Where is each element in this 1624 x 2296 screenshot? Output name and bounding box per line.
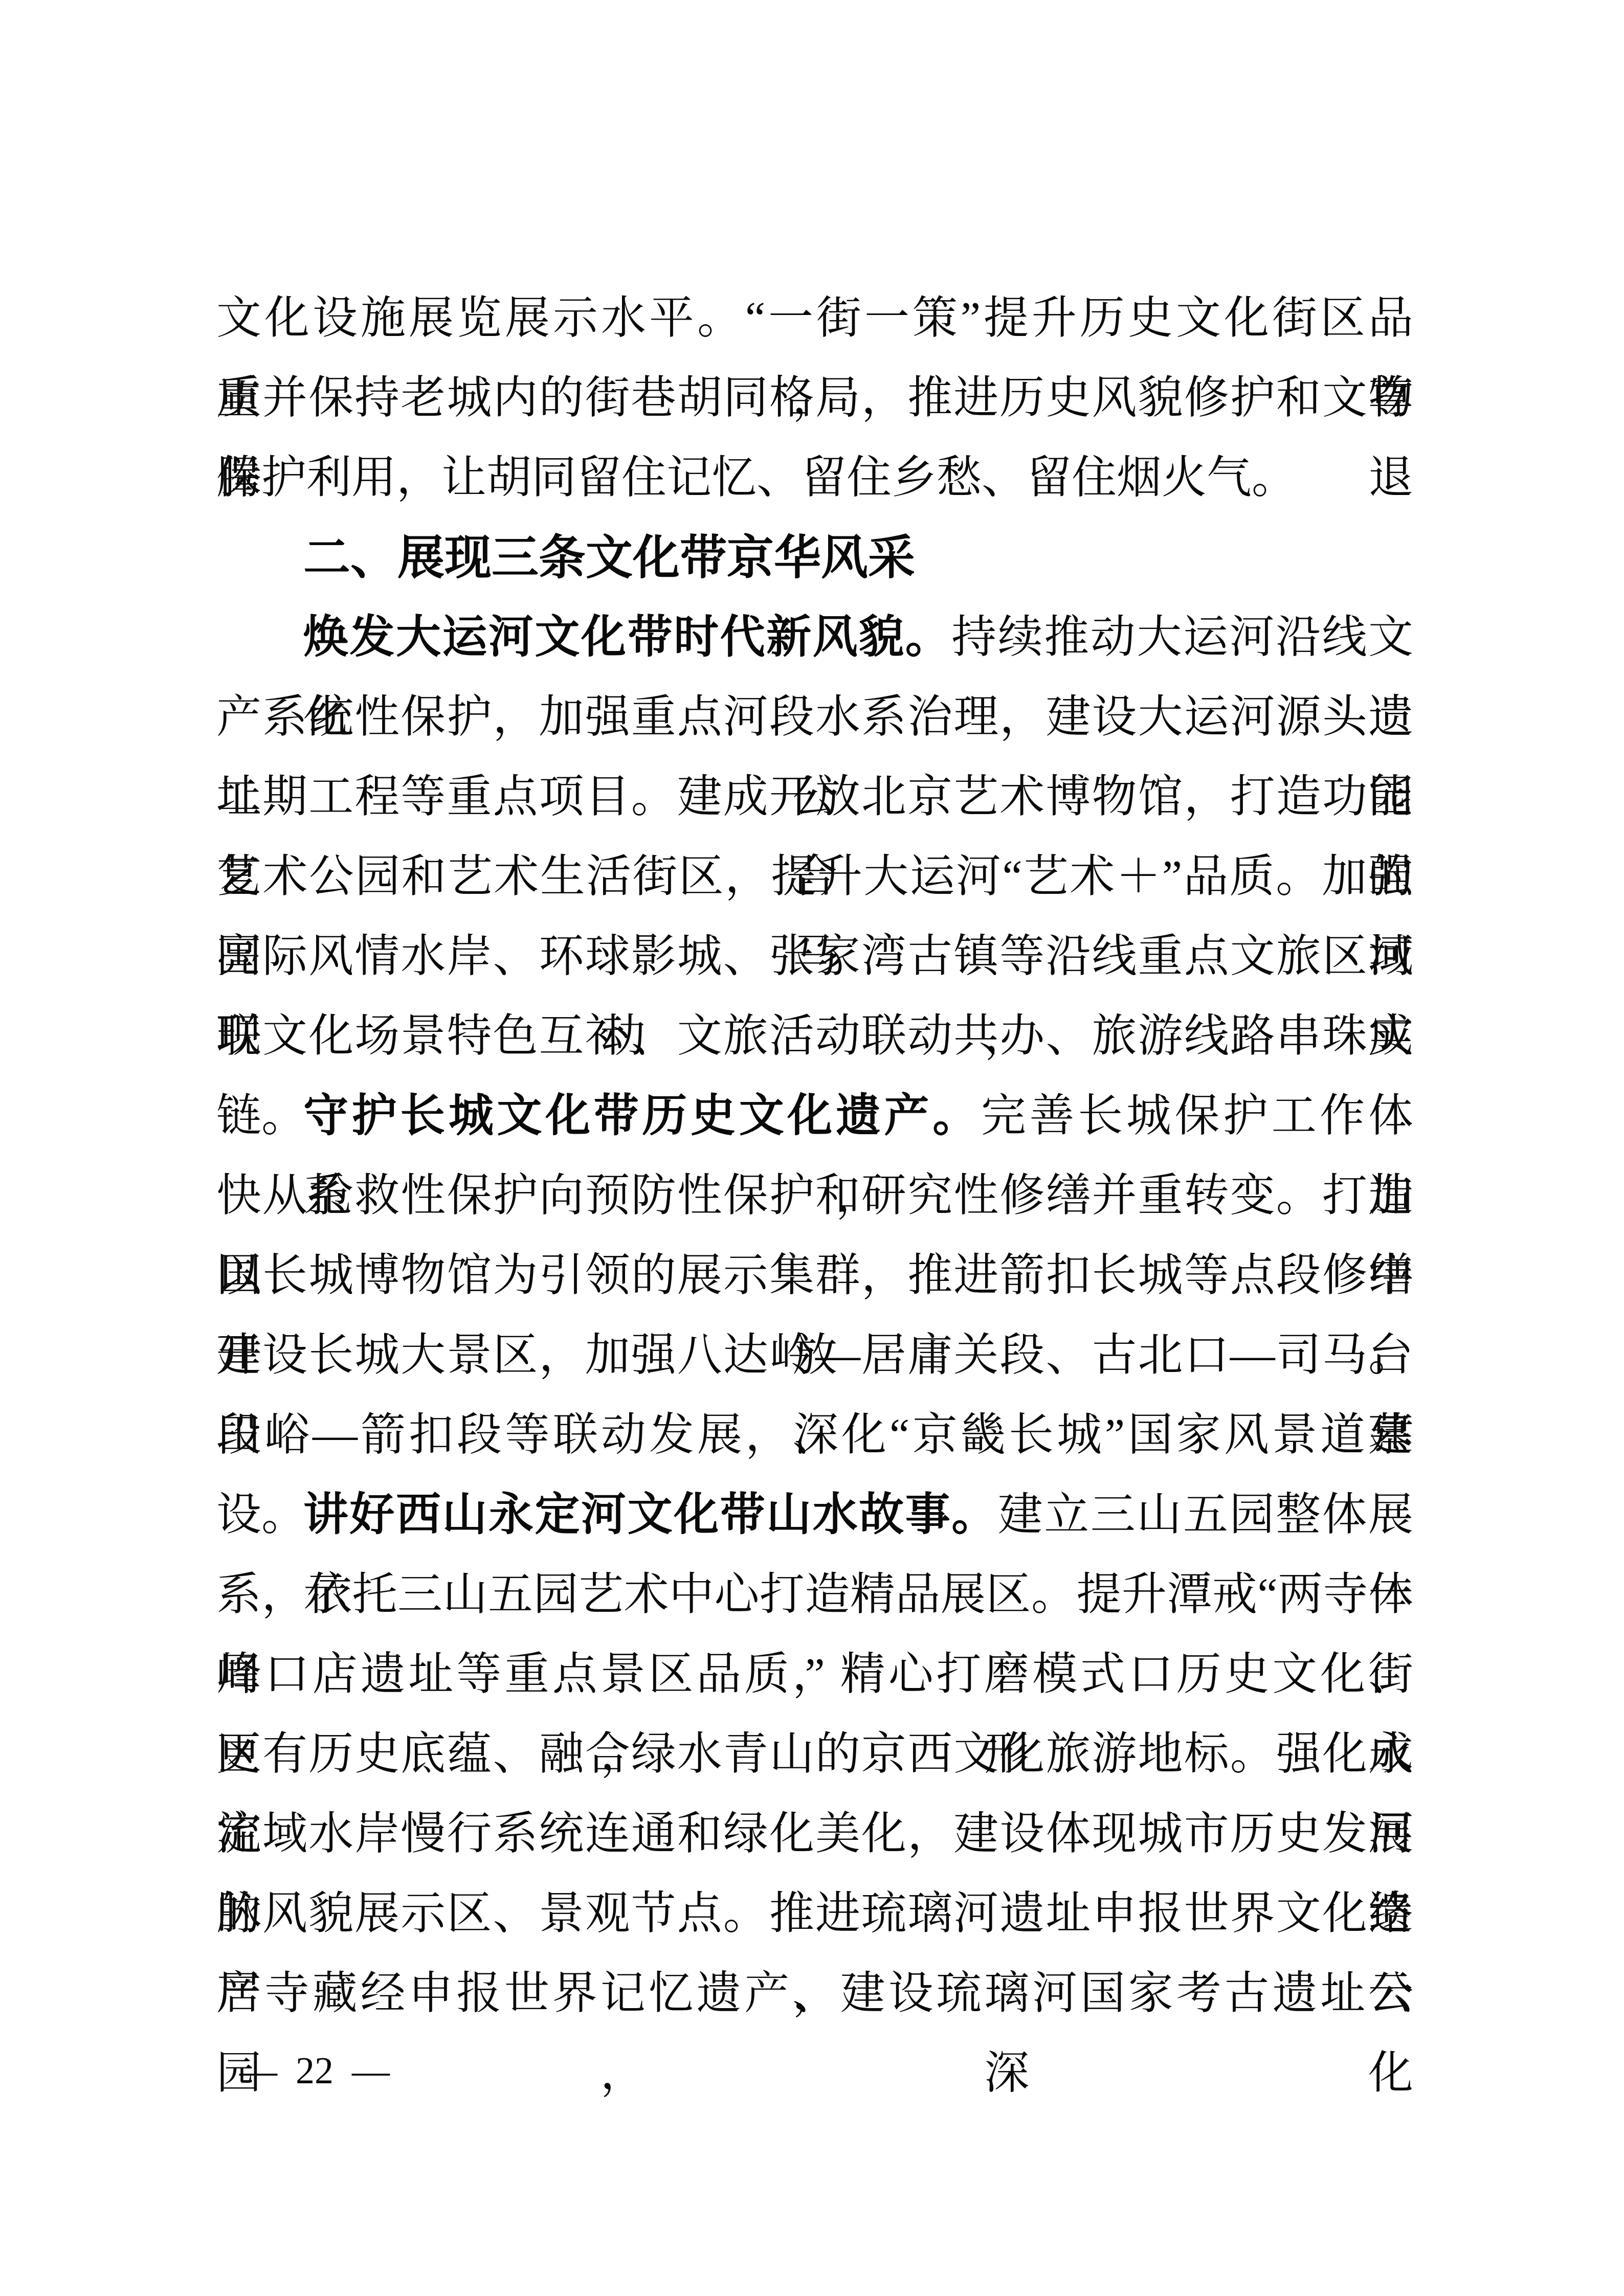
footer-dash-right: — bbox=[352, 2046, 390, 2096]
text-line: 周口店遗址等重点景区品质，精心打磨模式口历史文化街区，形成 bbox=[216, 1635, 1413, 1715]
bold-text-run: 焕发大运河文化带时代新风貌。 bbox=[303, 613, 951, 662]
text-run: 保护利用，让胡同留住记忆、留住乡愁、留住烟火气。 bbox=[216, 453, 1297, 503]
text-line: 更有历史底蕴、融合绿水青山的京西文化旅游地标。强化永定河 bbox=[216, 1715, 1413, 1794]
text-line: 的风貌展示区、景观节点。推进琉璃河遗址申报世界文化遗产、云 bbox=[216, 1874, 1413, 1954]
text-line: 文化设施展览展示水平。“一街一策”提升历史文化街区品质，尊 bbox=[216, 279, 1413, 358]
page-footer: — 22 — bbox=[239, 2046, 390, 2096]
text-run: 居寺藏经申报世界记忆遗产，建设琉璃河国家考古遗址公园，深化 bbox=[216, 1969, 1413, 2098]
text-line: 艺术公园和艺术生活街区，提升大运河“艺术＋”品质。加强亮马河 bbox=[216, 837, 1413, 917]
text-line: 居寺藏经申报世界记忆遗产，建设琉璃河国家考古遗址公园，深化 bbox=[216, 1954, 1413, 2034]
text-line: 建设长城大景区，加强八达岭—居庸关段、古北口—司马台段、慕 bbox=[216, 1316, 1413, 1395]
text-line: 快从抢救性保护向预防性保护和研究性修缮并重转变。打造以中 bbox=[216, 1156, 1413, 1236]
text-line: 守护长城文化带历史文化遗产。完善长城保护工作体系，加 bbox=[216, 1076, 1413, 1156]
section-heading: 二、展现三条文化带京华风采 bbox=[216, 518, 1413, 598]
text-line: 系，依托三山五园艺术中心打造精品展区。提升潭戒“两寺一峰”、 bbox=[216, 1555, 1413, 1635]
text-line: 焕发大运河文化带时代新风貌。持续推动大运河沿线文化遗 bbox=[216, 598, 1413, 678]
text-line: 保护利用，让胡同留住记忆、留住乡愁、留住烟火气。 bbox=[216, 438, 1413, 518]
text-block: 文化设施展览展示水平。“一街一策”提升历史文化街区品质，尊重并保持老城内的街巷胡… bbox=[216, 279, 1413, 2034]
text-line: 现文化场景特色互补、文旅活动联动共办、旅游线路串珠成链。 bbox=[216, 997, 1413, 1076]
document-page: 文化设施展览展示水平。“一街一策”提升历史文化街区品质，尊重并保持老城内的街巷胡… bbox=[0, 0, 1624, 2296]
text-line: 国际风情水岸、环球影城、张家湾古镇等沿线重点文旅区域联动，实 bbox=[216, 917, 1413, 997]
page-number: 22 bbox=[296, 2046, 333, 2096]
text-line: 产系统性保护，加强重点河段水系治理，建设大运河源头遗址公园 bbox=[216, 678, 1413, 757]
text-line: 国长城博物馆为引领的展示集群，推进箭扣长城等点段修缮开放。 bbox=[216, 1236, 1413, 1316]
text-line: 重并保持老城内的街巷胡同格局，推进历史风貌修护和文物腾退 bbox=[216, 358, 1413, 438]
text-line: 二期工程等重点项目。建成开放北京艺术博物馆，打造功能复合的 bbox=[216, 757, 1413, 837]
footer-dash-left: — bbox=[239, 2046, 277, 2096]
text-line: 田峪—箭扣段等联动发展，深化“京畿长城”国家风景道建设。 bbox=[216, 1395, 1413, 1475]
bold-text-run: 讲好西山永定河文化带山水故事。 bbox=[303, 1490, 998, 1540]
text-line: 流域水岸慢行系统连通和绿化美化，建设体现城市历史发展脉络 bbox=[216, 1794, 1413, 1874]
bold-text-run: 二、展现三条文化带京华风采 bbox=[303, 532, 915, 584]
text-line: 讲好西山永定河文化带山水故事。建立三山五园整体展示体 bbox=[216, 1475, 1413, 1555]
bold-text-run: 守护长城文化带历史文化遗产。 bbox=[303, 1091, 981, 1141]
